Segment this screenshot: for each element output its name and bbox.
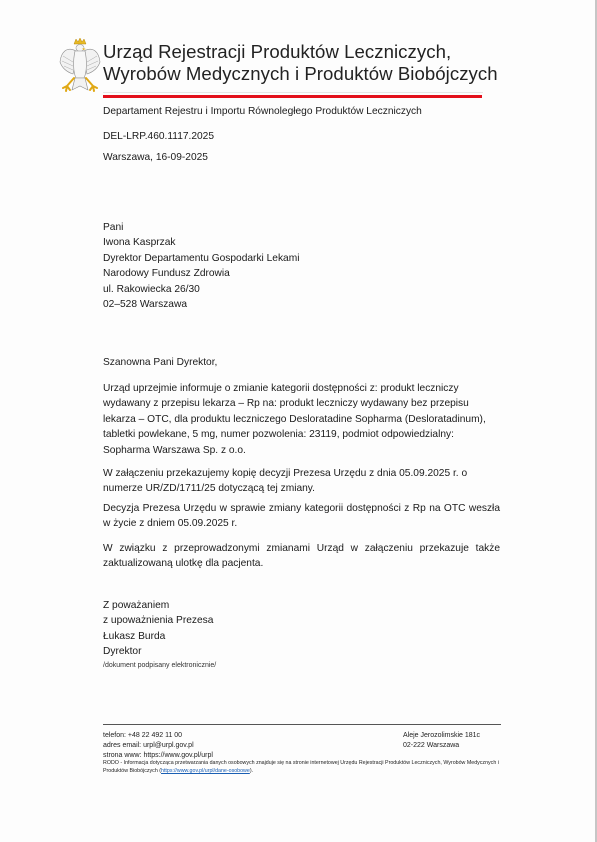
header-divider-red [103, 95, 482, 98]
salutation: Szanowna Pani Dyrektor, [103, 357, 217, 368]
rodo-link[interactable]: https://www.gov.pl/urpl/dane-osobowe [161, 768, 250, 774]
signature-authority: z upoważnienia Prezesa [103, 613, 216, 628]
footer-divider [103, 724, 501, 725]
footer-contact: telefon: +48 22 492 11 00 adres email: u… [103, 731, 213, 760]
recipient-line: Dyrektor Departamentu Gospodarki Lekami [103, 251, 299, 266]
footer-address-line2: 02-222 Warszawa [403, 741, 480, 751]
recipient-line: Narodowy Fundusz Zdrowia [103, 266, 299, 281]
department-name: Departament Rejestru i Importu Równoległ… [103, 106, 422, 117]
body-paragraph: W związku z przeprowadzonymi zmianami Ur… [103, 541, 500, 572]
footer-address-line1: Aleje Jerozolimskie 181c [403, 731, 480, 741]
recipient-line: Pani [103, 220, 299, 235]
reference-number: DEL-LRP.460.1117.2025 [103, 131, 214, 142]
signature-note: /dokument podpisany elektronicznie/ [103, 660, 216, 672]
eagle-emblem-icon [59, 38, 101, 100]
footer-address: Aleje Jerozolimskie 181c 02-222 Warszawa [403, 731, 480, 751]
institution-name: Urząd Rejestracji Produktów Leczniczych,… [103, 41, 498, 84]
signature-name: Łukasz Burda [103, 629, 216, 644]
recipient-line: Iwona Kasprzak [103, 235, 299, 250]
rodo-end: ). [250, 768, 253, 774]
body-paragraph: Decyzja Prezesa Urzędu w sprawie zmiany … [103, 501, 500, 532]
institution-name-line1: Urząd Rejestracji Produktów Leczniczych, [103, 41, 498, 63]
footer-phone: telefon: +48 22 492 11 00 [103, 731, 213, 741]
place-date: Warszawa, 16-09-2025 [103, 152, 208, 163]
signature-block: Z poważaniem z upoważnienia Prezesa Łuka… [103, 598, 216, 672]
signature-closing: Z poważaniem [103, 598, 216, 613]
recipient-address: Pani Iwona Kasprzak Dyrektor Departament… [103, 220, 299, 312]
institution-name-line2: Wyrobów Medycznych i Produktów Biobójczy… [103, 63, 498, 85]
rodo-notice: RODO - Informacja dotycząca przetwarzani… [103, 759, 503, 776]
body-paragraph: Urząd uprzejmie informuje o zmianie kate… [103, 381, 500, 458]
recipient-line: ul. Rakowiecka 26/30 [103, 282, 299, 297]
footer-email: adres email: urpl@urpl.gov.pl [103, 741, 213, 751]
recipient-line: 02–528 Warszawa [103, 297, 299, 312]
header-divider-gray [103, 92, 483, 93]
body-paragraph: W załączeniu przekazujemy kopię decyzji … [103, 466, 500, 497]
signature-title: Dyrektor [103, 644, 216, 659]
